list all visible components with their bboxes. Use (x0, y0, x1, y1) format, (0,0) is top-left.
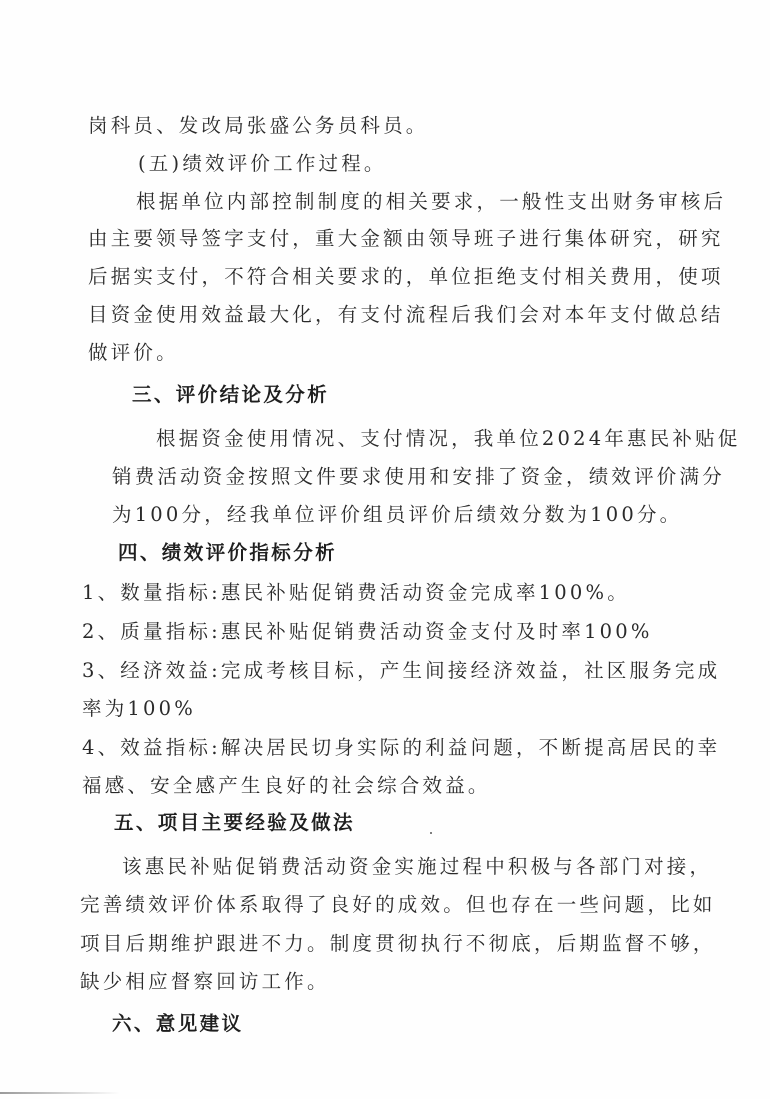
scan-speck (430, 832, 432, 834)
indicator-item-benefit-cont: 福感、安全感产生良好的社会综合效益。 (82, 774, 672, 798)
paragraph-line: 该惠民补贴促销费活动资金实施过程中积极与各部门对接， (122, 855, 682, 879)
section-heading-recommendations: 六、意见建议 (112, 1012, 702, 1036)
scanned-document-page: 岗科员、发改局张盛公务员科员。 (五)绩效评价工作过程。 根据单位内部控制制度的… (0, 0, 770, 1099)
paragraph-line: 完善绩效评价体系取得了良好的成效。但也存在一些问题，比如 (80, 893, 682, 917)
subsection-title-evaluation-process: (五)绩效评价工作过程。 (138, 152, 728, 176)
paragraph-line: 做评价。 (88, 341, 678, 365)
paragraph-line: 项目后期维护跟进不力。制度贯彻执行不彻底，后期监督不够， (80, 932, 682, 956)
paragraph-line: 由主要领导签字支付，重大金额由领导班子进行集体研究，研究 (88, 227, 696, 251)
section-heading-conclusion: 三、评价结论及分析 (132, 383, 722, 407)
paragraph-line: 后据实支付，不符合相关要求的，单位拒绝支付相关费用，使项 (88, 265, 696, 289)
indicator-item-quality: 2、质量指标:惠民补贴促销费活动资金支付及时率100% (82, 620, 672, 644)
paragraph-line: 根据资金使用情况、支付情况，我单位2024年惠民补贴促 (156, 427, 696, 451)
paragraph-line: 为100分，经我单位评价组员评价后绩效分数为100分。 (112, 503, 702, 527)
paragraph-line: 目资金使用效益最大化，有支付流程后我们会对本年支付做总结 (88, 303, 696, 327)
paragraph-line: 缺少相应督察回访工作。 (80, 970, 670, 994)
section-heading-experience: 五、项目主要经验及做法 (114, 811, 704, 835)
indicator-item-economic-cont: 率为100% (82, 697, 672, 721)
paragraph-line-staff-continuation: 岗科员、发改局张盛公务员科员。 (88, 114, 678, 138)
paragraph-line: 销费活动资金按照文件要求使用和安排了资金，绩效评价满分 (112, 465, 696, 489)
indicator-item-economic: 3、经济效益:完成考核目标，产生间接经济效益，社区服务完成 (82, 659, 688, 683)
indicator-item-benefit: 4、效益指标:解决居民切身实际的利益问题，不断提高居民的幸 (82, 736, 688, 760)
indicator-item-quantity: 1、数量指标:惠民补贴促销费活动资金完成率100%。 (82, 581, 672, 605)
scan-edge-artifact (0, 1092, 120, 1094)
section-heading-indicator-analysis: 四、绩效评价指标分析 (118, 541, 708, 565)
paragraph-line: 根据单位内部控制制度的相关要求，一般性支出财务审核后 (136, 190, 696, 214)
